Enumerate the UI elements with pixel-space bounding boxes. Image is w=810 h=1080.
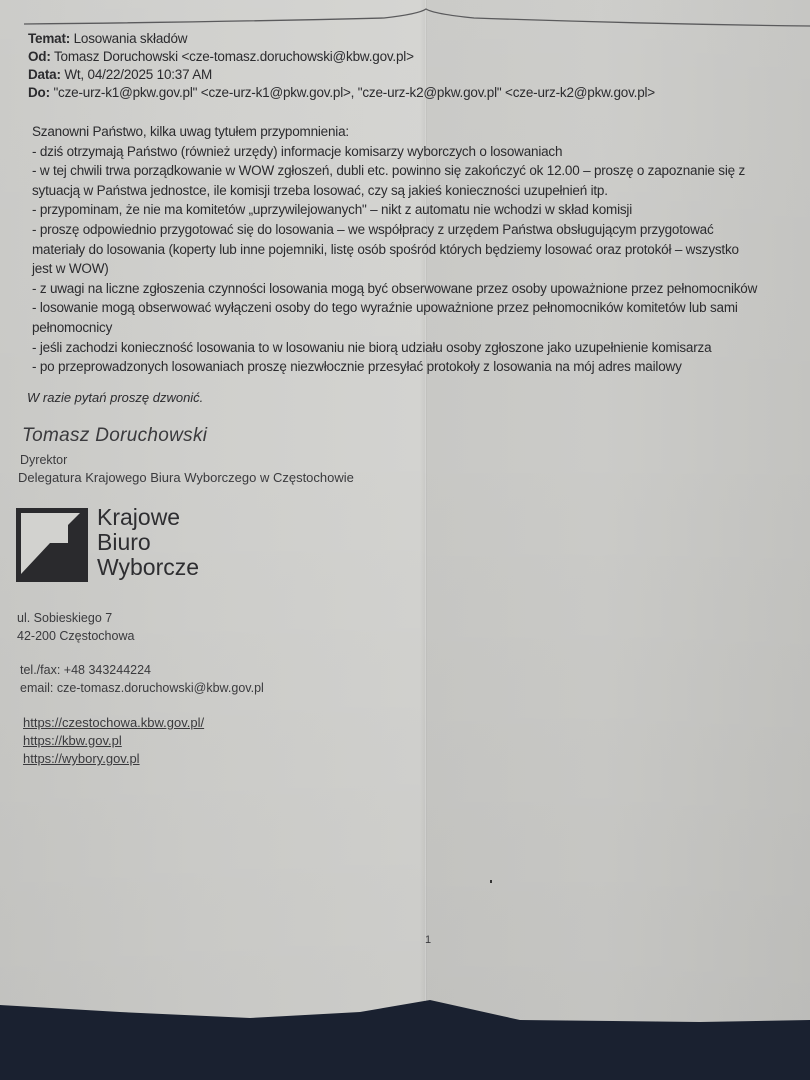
body-line: - przypominam, że nie ma komitetów „uprz… (32, 200, 810, 220)
subject-label: Temat: (28, 31, 70, 46)
from-label: Od: (28, 49, 51, 64)
signature-name: Tomasz Doruchowski (22, 425, 207, 447)
link-czestochowa-kbw[interactable]: https://czestochowa.kbw.gov.pl/ (23, 714, 204, 732)
phone-line: tel./fax: +48 343244224 (20, 661, 264, 679)
closing-line: W razie pytań proszę dzwonić. (27, 390, 203, 405)
logo-line: Wyborcze (97, 555, 199, 580)
email-date: Wt, 04/22/2025 10:37 AM (64, 67, 212, 82)
logo-line: Krajowe (97, 505, 199, 530)
printed-page: Temat: Losowania składów Od: Tomasz Doru… (0, 0, 810, 1080)
signature-contact: tel./fax: +48 343244224 email: cze-tomas… (20, 661, 264, 697)
link-wybory[interactable]: https://wybory.gov.pl (23, 750, 204, 768)
email-body: Szanowni Państwo, kilka uwag tytułem prz… (32, 122, 810, 377)
paper-speck (490, 880, 492, 883)
body-line: - po przeprowadzonych losowaniach proszę… (32, 357, 810, 377)
paper-top-fold-edge (24, 8, 810, 28)
signature-organization: Delegatura Krajowego Biura Wyborczego w … (18, 470, 354, 485)
to-label: Do: (28, 85, 50, 100)
body-line: - z uwagi na liczne zgłoszenia czynności… (32, 279, 810, 299)
body-line: jest w WOW) (32, 259, 810, 279)
email-to-row: Do: "cze-urz-k1@pkw.gov.pl" <cze-urz-k1@… (28, 84, 810, 102)
body-line: - jeśli zachodzi konieczność losowania t… (32, 338, 810, 358)
page-number: 1 (425, 934, 431, 946)
body-line: - proszę odpowiednio przygotować się do … (32, 220, 810, 240)
kbw-logo-text: Krajowe Biuro Wyborcze (97, 505, 199, 580)
address-line: ul. Sobieskiego 7 (17, 609, 134, 627)
signature-address: ul. Sobieskiego 7 42-200 Częstochowa (17, 609, 134, 645)
address-line: 42-200 Częstochowa (17, 627, 134, 645)
body-line: - losowanie mogą obserwować wyłączeni os… (32, 298, 810, 318)
body-line: Szanowni Państwo, kilka uwag tytułem prz… (32, 122, 810, 142)
body-line: - dziś otrzymają Państwo (również urzędy… (32, 142, 810, 162)
email-subject: Losowania składów (74, 31, 188, 46)
link-kbw[interactable]: https://kbw.gov.pl (23, 732, 204, 750)
email-date-row: Data: Wt, 04/22/2025 10:37 AM (28, 66, 810, 84)
email-to: "cze-urz-k1@pkw.gov.pl" <cze-urz-k1@pkw.… (53, 85, 655, 100)
email-from: Tomasz Doruchowski <cze-tomasz.doruchows… (54, 49, 414, 64)
body-line: sytuacją w Państwa jednostce, ile komisj… (32, 181, 810, 201)
email-subject-row: Temat: Losowania składów (28, 30, 810, 48)
email-header: Temat: Losowania składów Od: Tomasz Doru… (28, 30, 810, 102)
email-from-row: Od: Tomasz Doruchowski <cze-tomasz.doruc… (28, 48, 810, 66)
signature-links: https://czestochowa.kbw.gov.pl/ https://… (23, 714, 204, 768)
body-line: materiały do losowania (koperty lub inne… (32, 240, 810, 260)
body-line: - w tej chwili trwa porządkowanie w WOW … (32, 161, 810, 181)
date-label: Data: (28, 67, 61, 82)
signature-title: Dyrektor (20, 453, 67, 467)
body-line: pełnomocnicy (32, 318, 810, 338)
logo-line: Biuro (97, 530, 199, 555)
email-line: email: cze-tomasz.doruchowski@kbw.gov.pl (20, 679, 264, 697)
kbw-logo-icon (16, 508, 88, 582)
